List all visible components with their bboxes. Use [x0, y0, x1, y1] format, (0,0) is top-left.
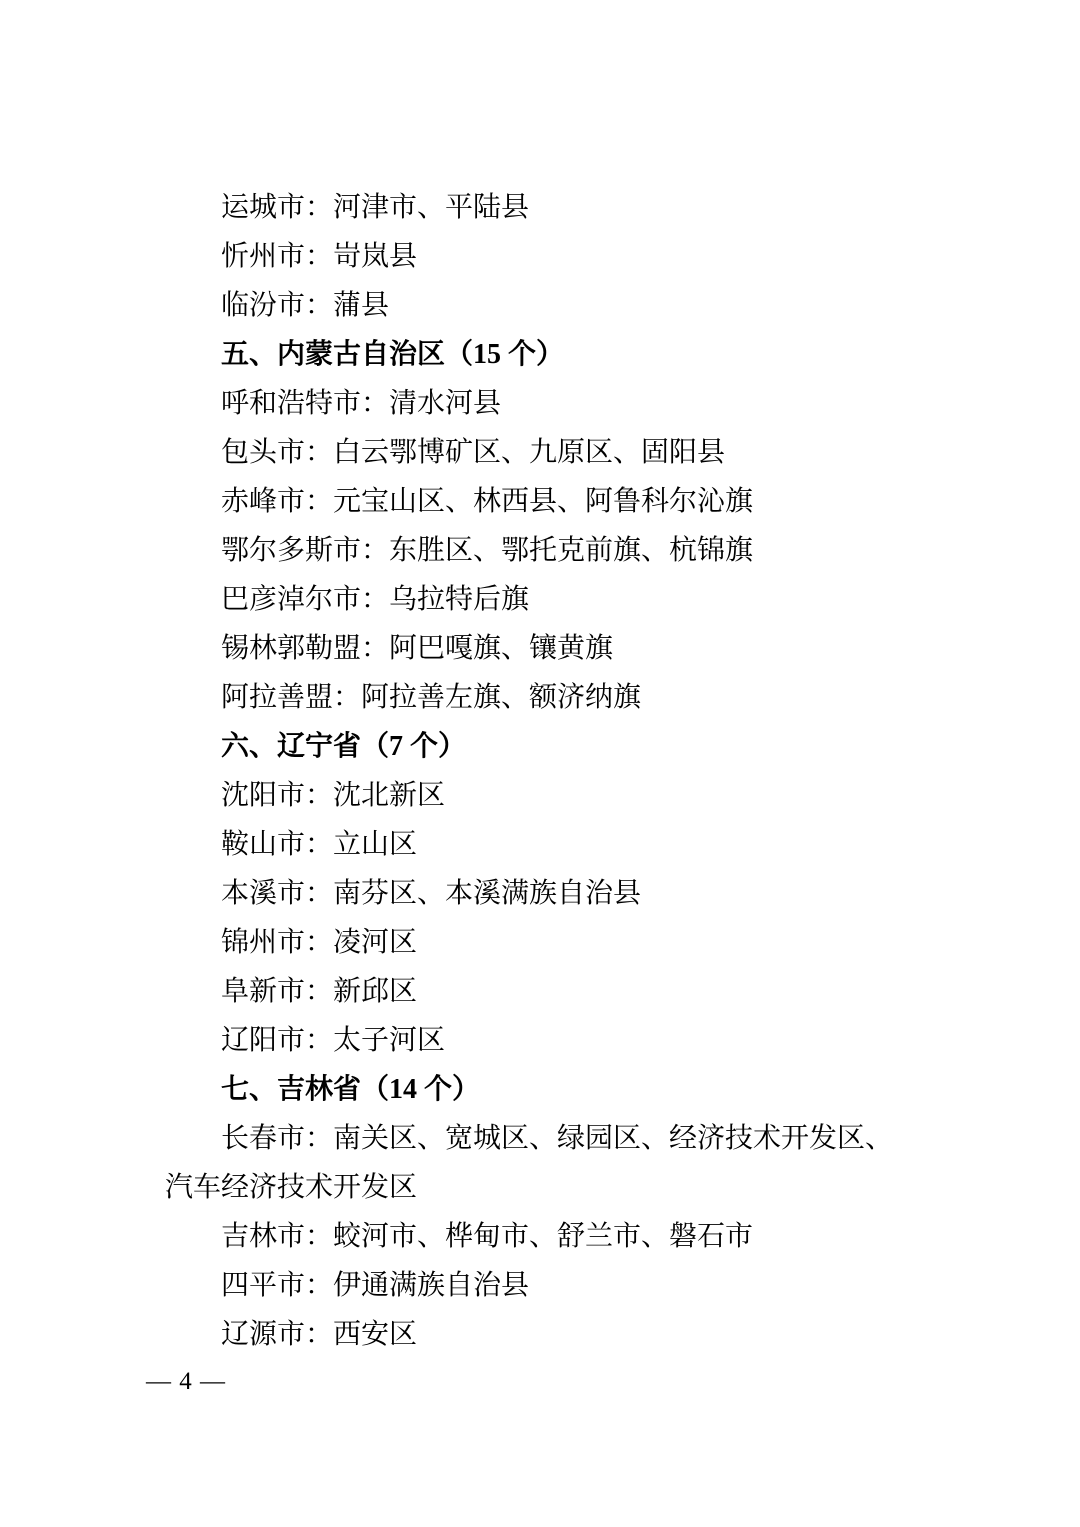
entry-line: 阿拉善盟：阿拉善左旗、额济纳旗	[165, 673, 910, 722]
entry-line: 鞍山市：立山区	[165, 820, 910, 869]
entry-line: 临汾市：蒲县	[165, 281, 910, 330]
entry-line: 鄂尔多斯市：东胜区、鄂托克前旗、杭锦旗	[165, 526, 910, 575]
entry-line: 四平市：伊通满族自治县	[165, 1261, 910, 1310]
entry-line: 忻州市：岢岚县	[165, 232, 910, 281]
entry-line: 锦州市：凌河区	[165, 918, 910, 967]
entry-line: 长春市：南关区、宽城区、绿园区、经济技术开发区、汽车经济技术开发区	[165, 1114, 910, 1212]
entry-line: 吉林市：蛟河市、桦甸市、舒兰市、磐石市	[165, 1212, 910, 1261]
section-heading-liaoning: 六、辽宁省（7 个）	[165, 722, 910, 771]
page-number: — 4 —	[146, 1368, 226, 1396]
document-page: 运城市：河津市、平陆县 忻州市：岢岚县 临汾市：蒲县 五、内蒙古自治区（15 个…	[0, 0, 1080, 1527]
section-heading-jilin: 七、吉林省（14 个）	[165, 1065, 910, 1114]
entry-line: 呼和浩特市：清水河县	[165, 379, 910, 428]
entry-line: 沈阳市：沈北新区	[165, 771, 910, 820]
document-body: 运城市：河津市、平陆县 忻州市：岢岚县 临汾市：蒲县 五、内蒙古自治区（15 个…	[165, 183, 910, 1359]
entry-line: 本溪市：南芬区、本溪满族自治县	[165, 869, 910, 918]
entry-line: 包头市：白云鄂博矿区、九原区、固阳县	[165, 428, 910, 477]
entry-line: 辽阳市：太子河区	[165, 1016, 910, 1065]
entry-line: 辽源市：西安区	[165, 1310, 910, 1359]
entry-line: 赤峰市：元宝山区、林西县、阿鲁科尔沁旗	[165, 477, 910, 526]
section-heading-neimenggu: 五、内蒙古自治区（15 个）	[165, 330, 910, 379]
entry-line: 巴彦淖尔市：乌拉特后旗	[165, 575, 910, 624]
entry-line: 锡林郭勒盟：阿巴嘎旗、镶黄旗	[165, 624, 910, 673]
entry-line: 运城市：河津市、平陆县	[165, 183, 910, 232]
entry-line: 阜新市：新邱区	[165, 967, 910, 1016]
